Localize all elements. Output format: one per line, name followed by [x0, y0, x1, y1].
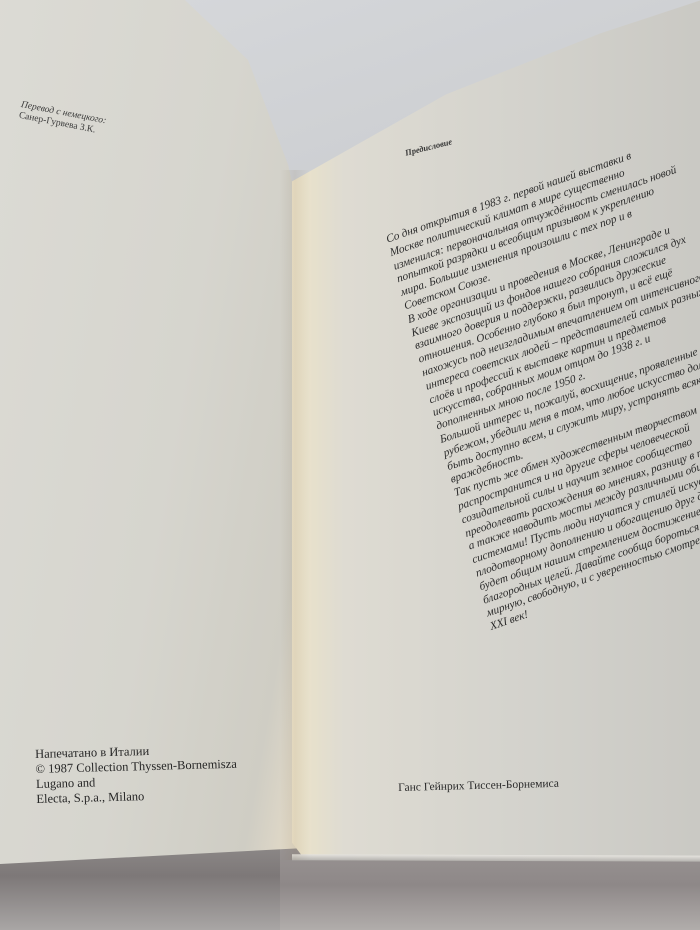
left-page	[0, 0, 315, 865]
imprint-block: Напечатано в Италии © 1987 Collection Th…	[35, 742, 238, 807]
book-gutter	[280, 170, 310, 860]
photo-scene: Перевод с немецкого: Санер-Гурвева З.К. …	[0, 0, 700, 930]
